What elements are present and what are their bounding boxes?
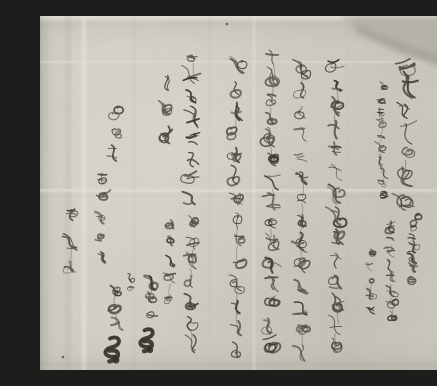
- manuscript-render: [40, 16, 437, 370]
- document-photo: Black-and-white photograph of an early-m…: [40, 16, 437, 370]
- photo-grain: [40, 16, 437, 370]
